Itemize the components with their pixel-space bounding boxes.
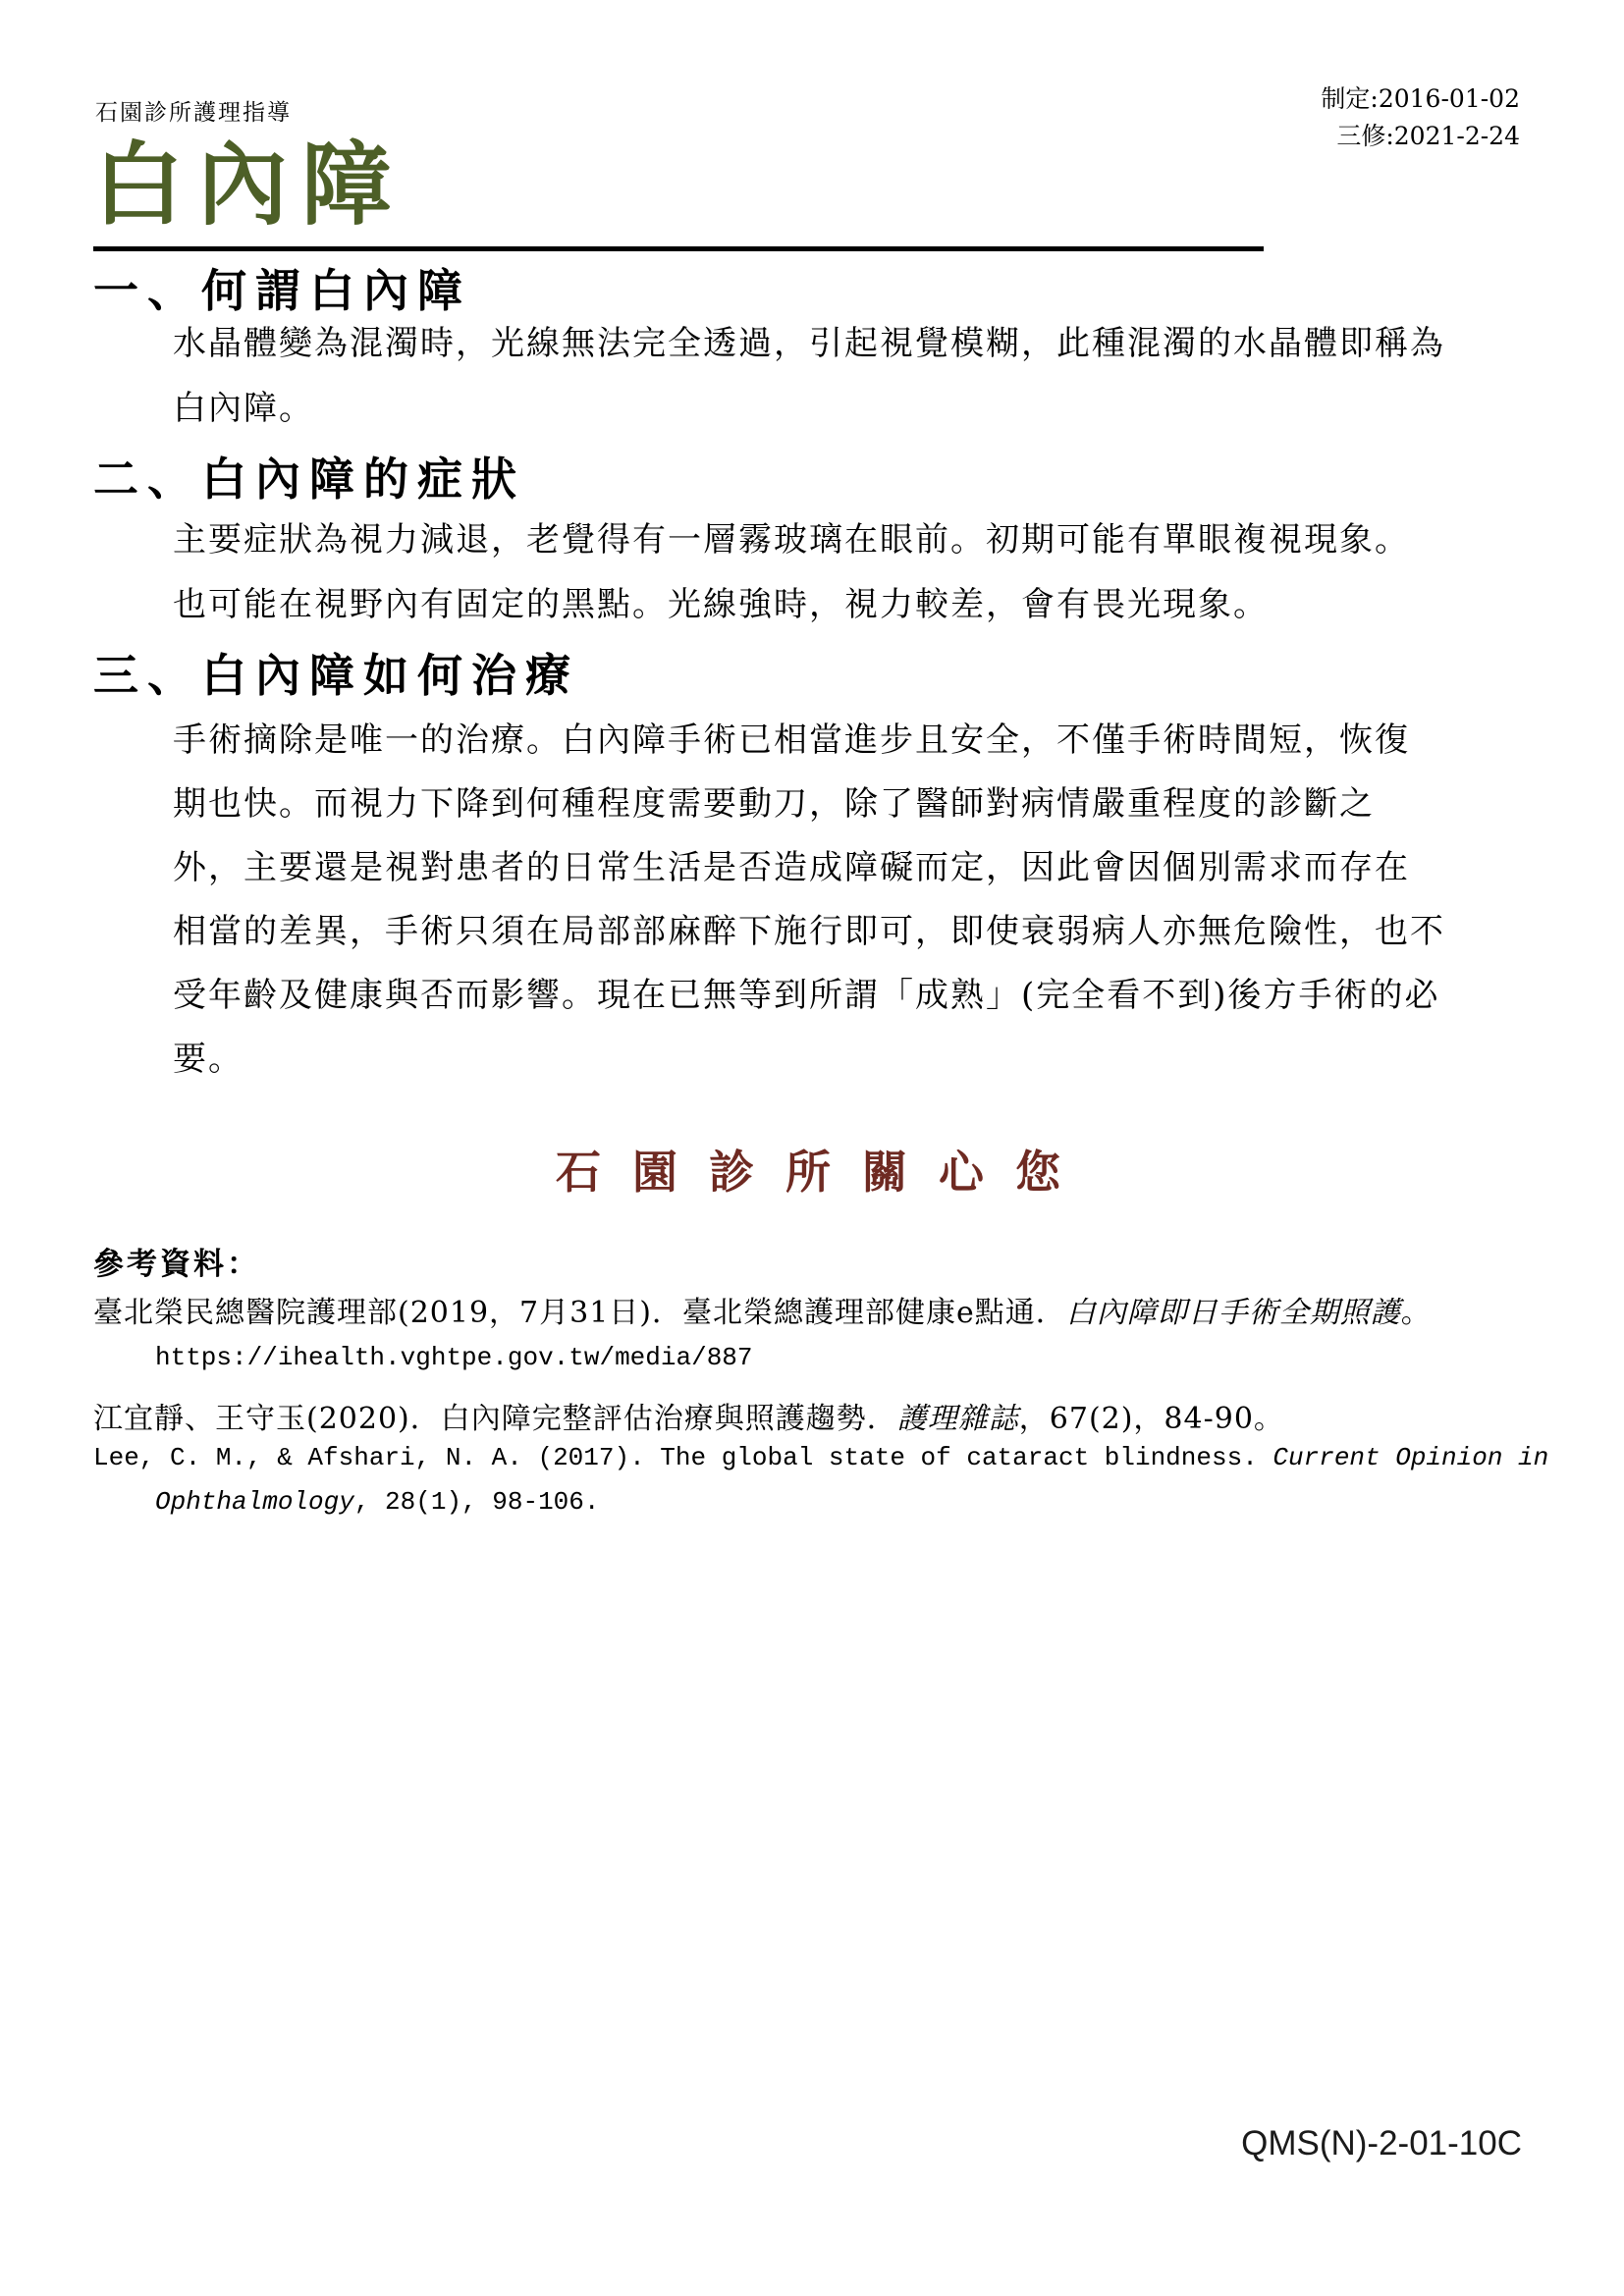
- reference-1-line-1: 臺北榮民總醫院護理部(2019，7月31日)．臺北榮總護理部健康e點通．白內障即…: [93, 1288, 1432, 1331]
- reference-3-tail: , 28(1), 98-106.: [354, 1487, 600, 1517]
- clinic-slogan: 石 園 診 所 關 心 您: [0, 1137, 1624, 1201]
- section-3-line-5: 受年齡及健康與否而影響。現在已無等到所謂「成熟」(完全看不到)後方手術的必: [173, 968, 1440, 1016]
- reference-1-tail: 。: [1401, 1296, 1432, 1330]
- page-title: 白內障: [93, 135, 406, 235]
- section-1-line-1: 水晶體變為混濁時，光線無法完全透過，引起視覺模糊，此種混濁的水晶體即稱為: [173, 316, 1445, 364]
- header-revision-block: 制定:2016-01-02 三修:2021-2-24: [1321, 80, 1520, 155]
- section-3-line-6: 要。: [173, 1032, 244, 1080]
- title-underline: [93, 246, 1264, 251]
- references-heading: 參考資料：: [93, 1239, 260, 1283]
- section-3-line-1: 手術摘除是唯一的治療。白內障手術已相當進步且安全，不僅手術時間短，恢復: [173, 713, 1410, 761]
- section-1-line-2: 白內障。: [173, 381, 314, 429]
- section-2-line-1: 主要症狀為視力減退，老覺得有一層霧玻璃在眼前。初期可能有單眼複視現象。: [173, 512, 1410, 561]
- reference-2-main: 江宜靜、王守玉(2020)．白內障完整評估治療與照護趨勢．: [93, 1402, 897, 1436]
- section-2-line-2: 也可能在視野內有固定的黑點。光線強時，視力較差，會有畏光現象。: [173, 577, 1269, 625]
- reference-3-line-1: Lee, C. M., & Afshari, N. A. (2017). The…: [93, 1443, 1548, 1472]
- section-3-line-4: 相當的差異，手術只須在局部部麻醉下施行即可，即使衰弱病人亦無危險性，也不: [173, 904, 1445, 952]
- reference-2-tail: ，67(2)，84-90。: [1019, 1402, 1284, 1436]
- document-page: 石園診所護理指導 制定:2016-01-02 三修:2021-2-24 白內障 …: [0, 0, 1624, 2296]
- section-2-heading: 二、白內障的症狀: [93, 444, 525, 508]
- section-3-line-3: 外，主要還是視對患者的日常生活是否造成障礙而定，因此會因個別需求而存在: [173, 840, 1410, 888]
- reference-3-main: Lee, C. M., & Afshari, N. A. (2017). The…: [93, 1443, 1272, 1472]
- header-doc-type: 石園診所護理指導: [95, 94, 292, 127]
- reference-2-line: 江宜靜、王守玉(2020)．白內障完整評估治療與照護趨勢．護理雜誌，67(2)，…: [93, 1394, 1284, 1437]
- header-created-date: 制定:2016-01-02: [1321, 80, 1520, 118]
- section-3-heading: 三、白內障如何治療: [93, 640, 579, 705]
- reference-1-main: 臺北榮民總醫院護理部(2019，7月31日)．臺北榮總護理部健康e點通．: [93, 1296, 1066, 1330]
- reference-3-journal-part-2: Ophthalmology: [155, 1487, 354, 1517]
- section-1-heading: 一、何謂白內障: [93, 255, 471, 320]
- section-3-line-2: 期也快。而視力下降到何種程度需要動刀，除了醫師對病情嚴重程度的診斷之: [173, 776, 1375, 825]
- reference-3-line-2: Ophthalmology, 28(1), 98-106.: [155, 1487, 599, 1517]
- reference-1-url: https://ihealth.vghtpe.gov.tw/media/887: [155, 1343, 753, 1372]
- reference-1-title: 白內障即日手術全期照護: [1066, 1296, 1401, 1330]
- reference-3-journal-part-1: Current Opinion in: [1272, 1443, 1548, 1472]
- header-revised-date: 三修:2021-2-24: [1321, 118, 1520, 155]
- reference-2-journal: 護理雜誌: [897, 1402, 1019, 1436]
- document-code: QMS(N)-2-01-10C: [1241, 2124, 1522, 2163]
